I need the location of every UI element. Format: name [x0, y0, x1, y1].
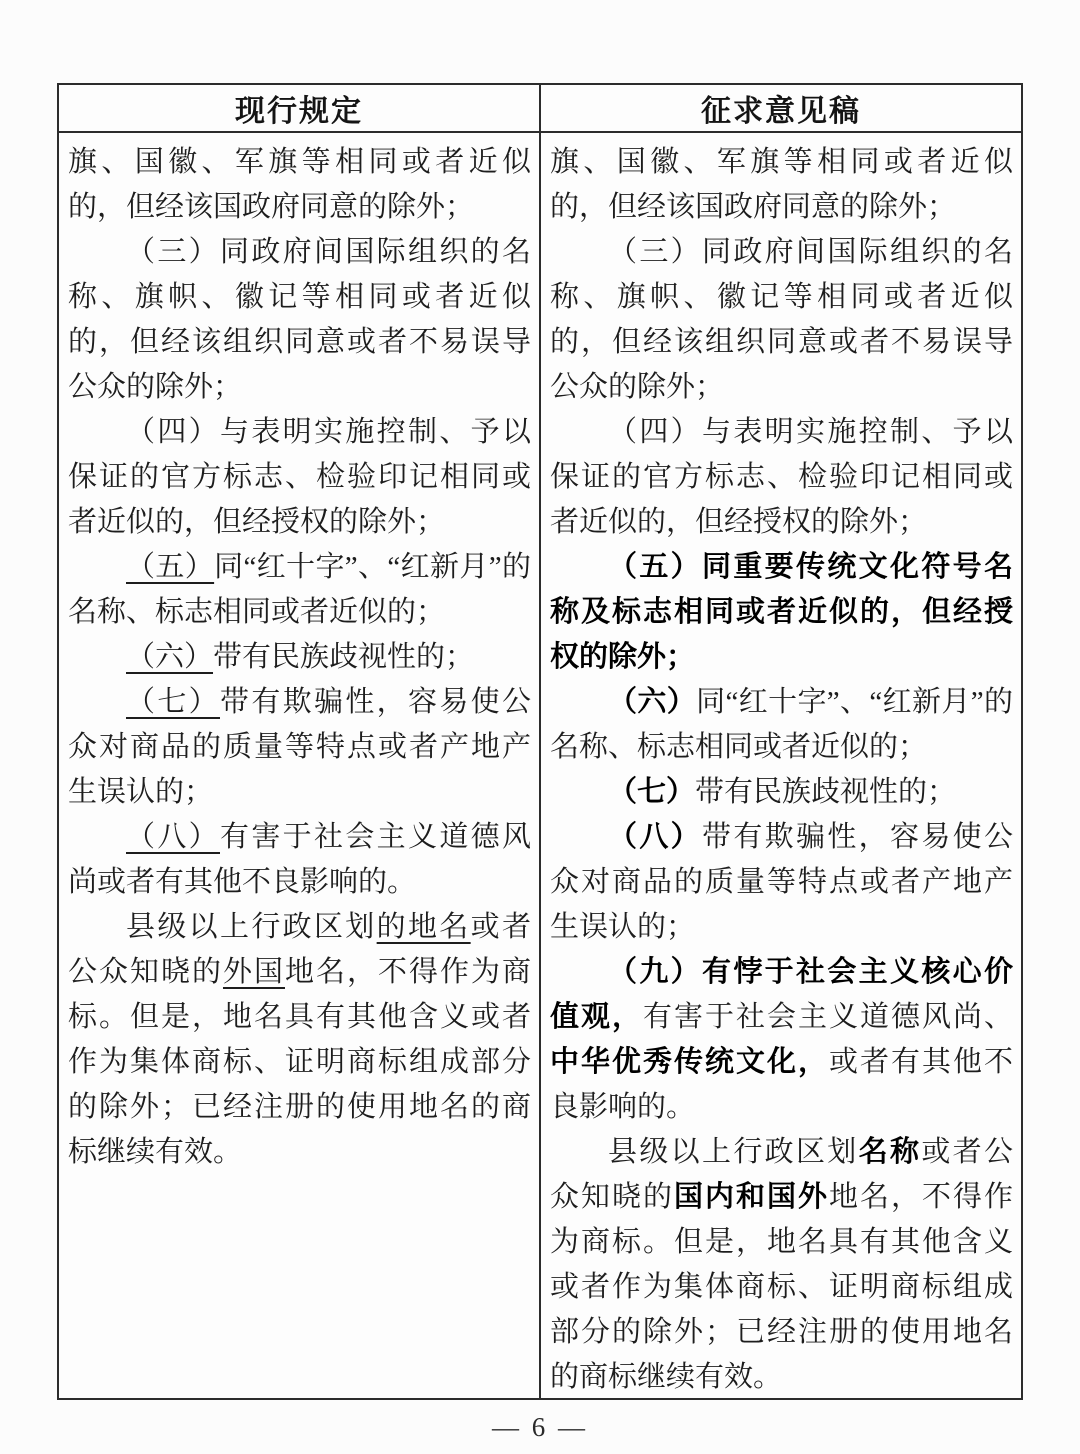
text-segment-normal: （三）同政府间国际组织的名称、旗帜、徽记等相同或者近似的，但经该组织同意或者不易… — [68, 236, 531, 403]
text-segment-normal: 县级以上行政区划 — [608, 1136, 859, 1168]
header-cell-current-regulation: 现行规定 — [59, 85, 539, 131]
paragraph: 旗、国徽、军旗等相同或者近似的，但经该国政府同意的除外； — [550, 140, 1013, 230]
paragraph: （九）有悖于社会主义核心价值观，有害于社会主义道德风尚、中华优秀传统文化，或者有… — [550, 950, 1013, 1130]
comparison-table: 现行规定 征求意见稿 旗、国徽、军旗等相同或者近似的，但经该国政府同意的除外；（… — [57, 83, 1023, 1400]
paragraph: （六）同“红十字”、“红新月”的名称、标志相同或者近似的； — [550, 680, 1013, 770]
paragraph: 旗、国徽、军旗等相同或者近似的，但经该国政府同意的除外； — [68, 140, 531, 230]
paragraph: （四）与表明实施控制、予以保证的官方标志、检验印记相同或者近似的，但经授权的除外… — [550, 410, 1013, 545]
text-segment-normal: 旗、国徽、军旗等相同或者近似的，但经该国政府同意的除外； — [550, 146, 1013, 223]
paragraph: （四）与表明实施控制、予以保证的官方标志、检验印记相同或者近似的，但经授权的除外… — [68, 410, 531, 545]
text-segment-normal: （四）与表明实施控制、予以保证的官方标志、检验印记相同或者近似的，但经授权的除外… — [68, 416, 531, 538]
paragraph: （三）同政府间国际组织的名称、旗帜、徽记等相同或者近似的，但经该组织同意或者不易… — [550, 230, 1013, 410]
text-segment-bold: （六） — [608, 686, 696, 718]
paragraph: （七）带有欺骗性，容易使公众对商品的质量等特点或者产地产生误认的； — [68, 680, 531, 815]
paragraph: （八）有害于社会主义道德风尚或者有其他不良影响的。 — [68, 815, 531, 905]
text-segment-underline: （五） — [126, 551, 214, 583]
header-cell-draft-for-comment: 征求意见稿 — [539, 85, 1021, 131]
text-segment-normal: （三）同政府间国际组织的名称、旗帜、徽记等相同或者近似的，但经该组织同意或者不易… — [550, 236, 1013, 403]
text-segment-bold: 国内和国外 — [674, 1181, 829, 1213]
text-segment-bold: （七） — [608, 776, 695, 808]
text-segment-underline: （八） — [126, 821, 220, 853]
paragraph: （三）同政府间国际组织的名称、旗帜、徽记等相同或者近似的，但经该组织同意或者不易… — [68, 230, 531, 410]
text-segment-underline: 的地名 — [377, 911, 471, 943]
paragraph: （五）同“红十字”、“红新月”的名称、标志相同或者近似的； — [68, 545, 531, 635]
text-segment-normal: 带有民族歧视性的； — [695, 776, 956, 808]
paragraph: 县级以上行政区划的地名或者公众知晓的外国地名，不得作为商标。但是，地名具有其他含… — [68, 905, 531, 1175]
page-number: — 6 — — [0, 1412, 1080, 1443]
text-segment-underline: （六） — [126, 641, 213, 673]
text-segment-bold: 名称 — [859, 1136, 922, 1168]
text-segment-bold: （八） — [608, 821, 702, 853]
paragraph: 县级以上行政区划名称或者公众知晓的国内和国外地名，不得作为商标。但是，地名具有其… — [550, 1130, 1013, 1398]
text-segment-underline: 外国 — [223, 956, 285, 988]
paragraph: （八）带有欺骗性，容易使公众对商品的质量等特点或者产地产生误认的； — [550, 815, 1013, 950]
paragraph: （六）带有民族歧视性的； — [68, 635, 531, 680]
current-regulation-cell: 旗、国徽、军旗等相同或者近似的，但经该国政府同意的除外；（三）同政府间国际组织的… — [59, 133, 539, 1398]
draft-for-comment-cell: 旗、国徽、军旗等相同或者近似的，但经该国政府同意的除外；（三）同政府间国际组织的… — [539, 133, 1021, 1398]
text-segment-bold: （五）同重要传统文化符号名称及标志相同或者近似的，但经授权的除外； — [550, 551, 1013, 673]
text-segment-normal: 有害于社会主义道德风尚、 — [643, 1001, 1013, 1033]
text-segment-normal: 县级以上行政区划 — [126, 911, 377, 943]
text-segment-normal: 带有民族歧视性的； — [213, 641, 474, 673]
text-segment-underline: （七） — [126, 686, 220, 718]
text-segment-bold: 中华优秀传统文化， — [550, 1046, 829, 1078]
table-header-row: 现行规定 征求意见稿 — [59, 85, 1021, 133]
document-page: 现行规定 征求意见稿 旗、国徽、军旗等相同或者近似的，但经该国政府同意的除外；（… — [0, 0, 1080, 1454]
paragraph: （七）带有民族歧视性的； — [550, 770, 1013, 815]
text-segment-normal: 旗、国徽、军旗等相同或者近似的，但经该国政府同意的除外； — [68, 146, 531, 223]
table-body-row: 旗、国徽、军旗等相同或者近似的，但经该国政府同意的除外；（三）同政府间国际组织的… — [59, 133, 1021, 1398]
text-segment-normal: （四）与表明实施控制、予以保证的官方标志、检验印记相同或者近似的，但经授权的除外… — [550, 416, 1013, 538]
paragraph: （五）同重要传统文化符号名称及标志相同或者近似的，但经授权的除外； — [550, 545, 1013, 680]
